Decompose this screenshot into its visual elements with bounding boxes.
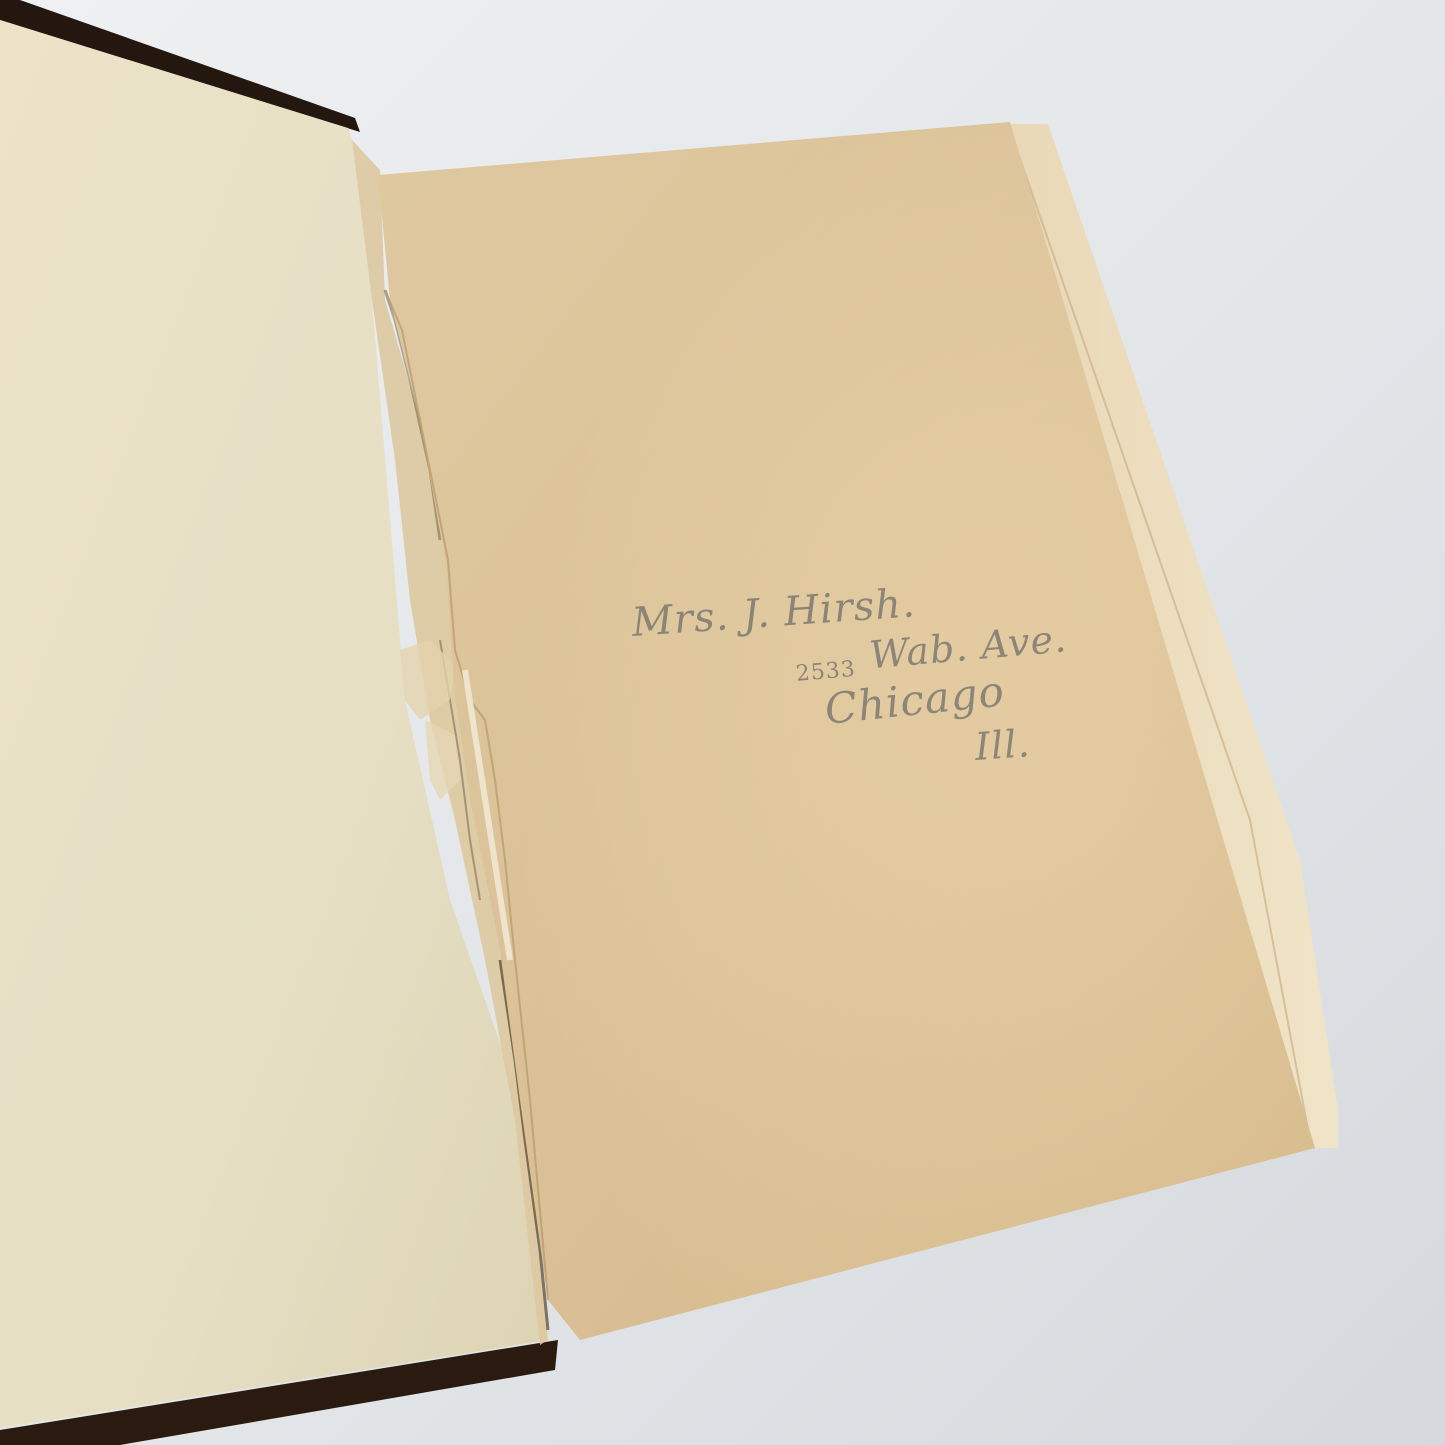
open-book-illustration [0,0,1445,1445]
book-photo: Mrs. J. Hirsh. 2533 Wab. Ave. Chicago Il… [0,0,1445,1445]
inscription-state: Ill. [973,721,1031,769]
